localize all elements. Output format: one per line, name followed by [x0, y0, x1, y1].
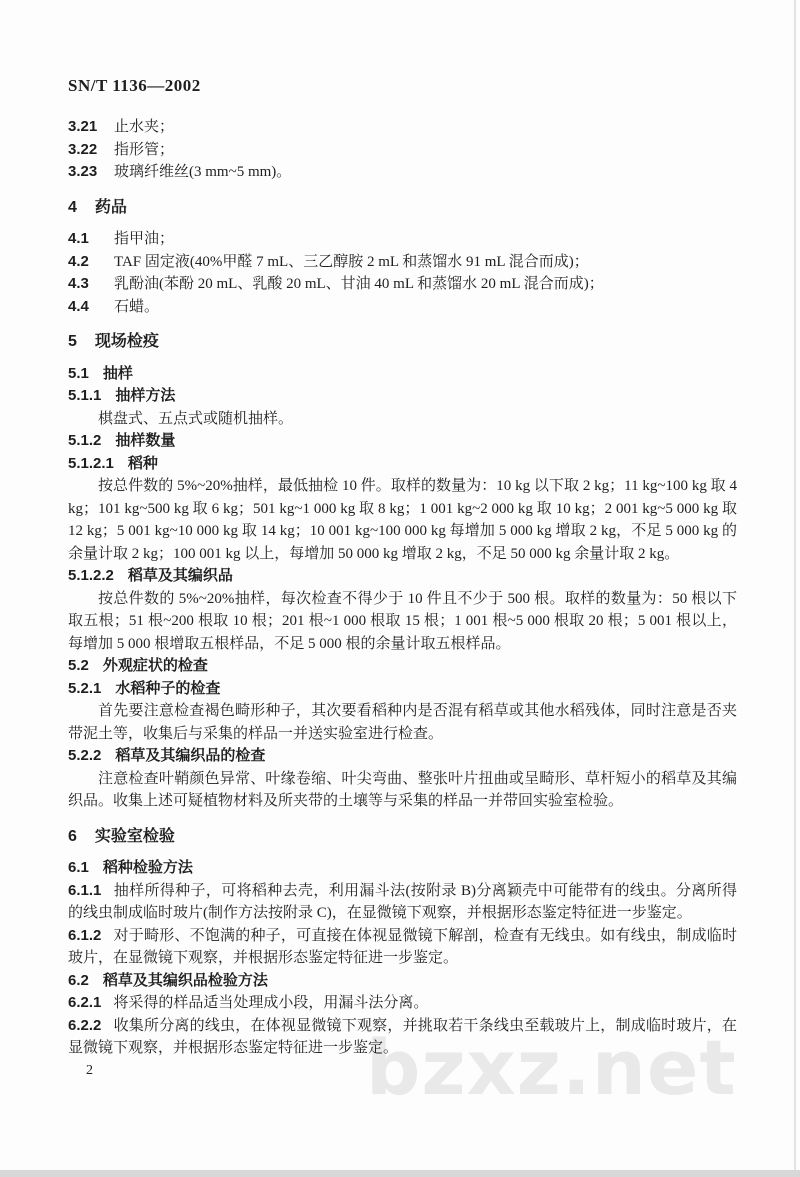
subsection-title: 稻种 — [128, 455, 158, 472]
subsection-title: 抽样数量 — [115, 432, 175, 449]
document-page: bzxz.net SN/T 1136—2002 3.21止水夹； 3.22指形管… — [0, 0, 800, 1177]
clause-number: 6.1.1 — [68, 882, 101, 899]
clause-text: 玻璃纤维丝(3 mm~5 mm)。 — [114, 164, 291, 180]
subsection-heading: 5.2.1水稻种子的检查 — [68, 678, 737, 701]
page-bottom-bar — [0, 1170, 800, 1177]
subsection-heading: 5.1抽样 — [68, 363, 737, 386]
clause-text: 止水夹； — [114, 119, 174, 135]
clause-number: 6.1 — [68, 859, 89, 876]
subsection-title: 抽样 — [103, 365, 133, 382]
clause-number: 4.3 — [68, 273, 100, 296]
clause-number: 5.2.1 — [68, 680, 101, 697]
clause-number: 4.4 — [68, 296, 100, 319]
clause-text: 将采得的样品适当处理成小段，用漏斗法分离。 — [113, 995, 428, 1011]
standard-number-header: SN/T 1136—2002 — [68, 76, 737, 96]
clause-text: TAF 固定液(40%甲醛 7 mL、三乙醇胺 2 mL 和蒸馏水 91 mL … — [114, 254, 589, 270]
clause-number: 5.1.2 — [68, 432, 101, 449]
clause-item: 3.23玻璃纤维丝(3 mm~5 mm)。 — [68, 161, 737, 184]
numbered-paragraph: 6.2.1将采得的样品适当处理成小段，用漏斗法分离。 — [68, 992, 737, 1015]
clause-number: 5.1.2.2 — [68, 567, 114, 584]
subsection-heading: 5.1.2.2稻草及其编织品 — [68, 565, 737, 588]
subsection-title: 稻草及其编织品的检查 — [115, 747, 265, 764]
subsection-title: 稻草及其编织品 — [128, 567, 233, 584]
subsection-title: 抽样方法 — [115, 387, 175, 404]
clause-text: 对于畸形、不饱满的种子，可直接在体视显微镜下解剖，检查有无线虫。如有线虫，制成临… — [68, 928, 737, 967]
subsection-title: 外观症状的检查 — [103, 657, 208, 674]
clause-item: 3.22指形管； — [68, 139, 737, 162]
subsection-heading: 5.1.1抽样方法 — [68, 385, 737, 408]
clause-number: 3.22 — [68, 139, 100, 162]
numbered-paragraph: 6.1.2对于畸形、不饱满的种子，可直接在体视显微镜下解剖，检查有无线虫。如有线… — [68, 925, 737, 970]
subsection-heading: 6.2稻草及其编织品检验方法 — [68, 970, 737, 993]
clause-text: 收集所分离的线虫，在体视显微镜下观察，并挑取若干条线虫至载玻片上，制成临时玻片，… — [68, 1018, 737, 1057]
section-heading: 4药品 — [68, 197, 737, 220]
clause-item: 4.2TAF 固定液(40%甲醛 7 mL、三乙醇胺 2 mL 和蒸馏水 91 … — [68, 251, 737, 274]
section-title: 现场检疫 — [95, 333, 159, 350]
clause-number: 6.2.2 — [68, 1017, 101, 1034]
clause-number: 5.1.2.1 — [68, 455, 114, 472]
clause-number: 5.1 — [68, 365, 89, 382]
clause-text: 石蜡。 — [114, 299, 159, 315]
clause-number: 6.2.1 — [68, 994, 101, 1011]
paragraph: 棋盘式、五点式或随机抽样。 — [68, 408, 737, 431]
paragraph: 首先要注意检查褐色畸形种子，其次要看稻种内是否混有稻草或其他水稻残体，同时注意是… — [68, 700, 737, 745]
subsection-heading: 6.1稻种检验方法 — [68, 857, 737, 880]
paragraph: 按总件数的 5%~20%抽样，每次检查不得少于 10 件且不少于 500 根。取… — [68, 588, 737, 656]
clause-item: 3.21止水夹； — [68, 116, 737, 139]
clause-text: 指形管； — [114, 142, 174, 158]
subsection-heading: 5.2.2稻草及其编织品的检查 — [68, 745, 737, 768]
clause-number: 5.2 — [68, 657, 89, 674]
clause-number: 6.2 — [68, 972, 89, 989]
subsection-title: 稻草及其编织品检验方法 — [103, 972, 268, 989]
clause-item: 4.1指甲油； — [68, 228, 737, 251]
page-content: SN/T 1136—2002 3.21止水夹； 3.22指形管； 3.23玻璃纤… — [0, 0, 800, 1082]
clause-item: 4.4石蜡。 — [68, 296, 737, 319]
clause-text: 抽样所得种子，可将稻种去壳，利用漏斗法(按附录 B)分离颖壳中可能带有的线虫。分… — [68, 883, 737, 922]
section-heading: 5现场检疫 — [68, 331, 737, 354]
clause-number: 5.1.1 — [68, 387, 101, 404]
clause-number: 6.1.2 — [68, 927, 101, 944]
subsection-heading: 5.1.2抽样数量 — [68, 430, 737, 453]
section-number: 6 — [68, 828, 77, 845]
page-number: 2 — [86, 1060, 737, 1083]
subsection-heading: 5.2外观症状的检查 — [68, 655, 737, 678]
subsection-heading: 5.1.2.1稻种 — [68, 453, 737, 476]
clause-number: 5.2.2 — [68, 747, 101, 764]
clause-item: 4.3乳酚油(苯酚 20 mL、乳酸 20 mL、甘油 40 mL 和蒸馏水 2… — [68, 273, 737, 296]
numbered-paragraph: 6.2.2收集所分离的线虫，在体视显微镜下观察，并挑取若干条线虫至载玻片上，制成… — [68, 1015, 737, 1060]
clause-text: 乳酚油(苯酚 20 mL、乳酸 20 mL、甘油 40 mL 和蒸馏水 20 m… — [114, 276, 604, 292]
section-number: 5 — [68, 333, 77, 350]
clause-number: 3.23 — [68, 161, 100, 184]
paragraph: 注意检查叶鞘颜色异常、叶缘卷缩、叶尖弯曲、整张叶片扭曲或呈畸形、草杆短小的稻草及… — [68, 768, 737, 813]
clause-text: 指甲油； — [114, 231, 174, 247]
paragraph: 按总件数的 5%~20%抽样，最低抽检 10 件。取样的数量为：10 kg 以下… — [68, 475, 737, 565]
subsection-title: 稻种检验方法 — [103, 859, 193, 876]
section-title: 实验室检验 — [95, 828, 175, 845]
page-edge-line — [794, 0, 796, 1177]
clause-number: 3.21 — [68, 116, 100, 139]
subsection-title: 水稻种子的检查 — [115, 680, 220, 697]
section-title: 药品 — [95, 199, 127, 216]
numbered-paragraph: 6.1.1抽样所得种子，可将稻种去壳，利用漏斗法(按附录 B)分离颖壳中可能带有… — [68, 880, 737, 925]
clause-number: 4.2 — [68, 251, 100, 274]
clause-number: 4.1 — [68, 228, 100, 251]
section-number: 4 — [68, 199, 77, 216]
section-heading: 6实验室检验 — [68, 826, 737, 849]
